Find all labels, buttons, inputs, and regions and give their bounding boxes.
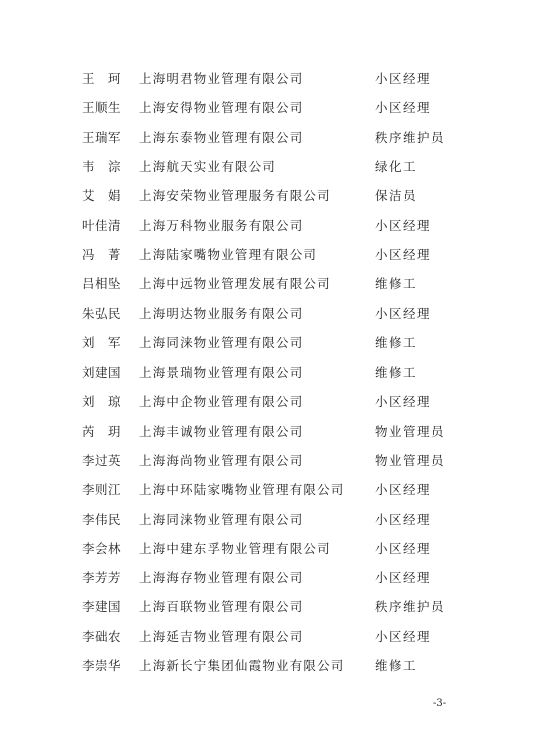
list-item: 叶佳清上海万科物业服务有限公司小区经理 [0,216,534,236]
list-item: 李崇华上海新长宁集团仙霞物业有限公司维修工 [0,656,534,676]
job-role: 小区经理 [375,392,431,412]
job-role: 维修工 [375,333,417,353]
job-role: 小区经理 [375,245,431,265]
job-role: 小区经理 [375,510,431,530]
list-item: 刘建国上海景瑞物业管理有限公司维修工 [0,363,534,383]
company-name: 上海中建东孚物业管理有限公司 [139,539,331,559]
company-name: 上海景瑞物业管理有限公司 [139,363,303,383]
company-name: 上海延吉物业管理有限公司 [139,627,303,647]
person-name: 韦 淙 [82,157,128,177]
job-role: 维修工 [375,363,417,383]
job-role: 小区经理 [375,98,431,118]
company-name: 上海安得物业管理有限公司 [139,98,303,118]
person-name: 李崇华 [82,656,128,676]
job-role: 物业管理员 [375,422,445,442]
list-item: 刘 军上海同涞物业管理有限公司维修工 [0,333,534,353]
person-name: 李芳芳 [82,568,128,588]
person-name: 王顺生 [82,98,128,118]
list-item: 李芳芳上海海存物业管理有限公司小区经理 [0,568,534,588]
list-item: 李过英上海海尚物业管理有限公司物业管理员 [0,451,534,471]
job-role: 秩序维护员 [375,597,445,617]
page-number: -3- [433,698,446,709]
list-item: 韦 淙上海航天实业有限公司绿化工 [0,157,534,177]
job-role: 小区经理 [375,69,431,89]
company-name: 上海同涞物业管理有限公司 [139,510,303,530]
person-name: 李会林 [82,539,128,559]
company-name: 上海百联物业管理有限公司 [139,597,303,617]
list-item: 李伟民上海同涞物业管理有限公司小区经理 [0,510,534,530]
person-name: 芮 玥 [82,422,128,442]
job-role: 绿化工 [375,157,417,177]
person-name: 吕相坠 [82,274,128,294]
list-item: 冯 菁上海陆家嘴物业管理有限公司小区经理 [0,245,534,265]
person-name: 刘建国 [82,363,128,383]
company-name: 上海航天实业有限公司 [139,157,276,177]
company-name: 上海明达物业服务有限公司 [139,304,303,324]
list-item: 李础农上海延吉物业管理有限公司小区经理 [0,627,534,647]
job-role: 小区经理 [375,480,431,500]
company-name: 上海万科物业服务有限公司 [139,216,303,236]
person-name: 刘 军 [82,333,128,353]
job-role: 小区经理 [375,304,431,324]
job-role: 维修工 [375,274,417,294]
person-name: 冯 菁 [82,245,128,265]
company-name: 上海陆家嘴物业管理有限公司 [139,245,317,265]
list-item: 吕相坠上海中远物业管理发展有限公司维修工 [0,274,534,294]
person-name: 刘 琼 [82,392,128,412]
person-name: 叶佳清 [82,216,128,236]
company-name: 上海中环陆家嘴物业管理有限公司 [139,480,345,500]
company-name: 上海安荣物业管理服务有限公司 [139,186,331,206]
company-name: 上海东泰物业管理有限公司 [139,128,303,148]
job-role: 小区经理 [375,216,431,236]
person-name: 朱弘民 [82,304,128,324]
list-item: 刘 琼上海中企物业管理有限公司小区经理 [0,392,534,412]
list-item: 李建国上海百联物业管理有限公司秩序维护员 [0,597,534,617]
list-item: 艾 娟上海安荣物业管理服务有限公司保洁员 [0,186,534,206]
job-role: 物业管理员 [375,451,445,471]
person-name: 王 珂 [82,69,128,89]
list-item: 王 珂上海明君物业管理有限公司小区经理 [0,69,534,89]
person-name: 李则江 [82,480,128,500]
company-name: 上海新长宁集团仙霞物业有限公司 [139,656,345,676]
company-name: 上海明君物业管理有限公司 [139,69,303,89]
job-role: 秩序维护员 [375,128,445,148]
list-item: 王顺生上海安得物业管理有限公司小区经理 [0,98,534,118]
person-name: 李过英 [82,451,128,471]
person-name: 李伟民 [82,510,128,530]
job-role: 小区经理 [375,568,431,588]
company-name: 上海海尚物业管理有限公司 [139,451,303,471]
person-name: 李建国 [82,597,128,617]
company-name: 上海中远物业管理发展有限公司 [139,274,331,294]
list-item: 芮 玥上海丰诚物业管理有限公司物业管理员 [0,422,534,442]
company-name: 上海海存物业管理有限公司 [139,568,303,588]
job-role: 保洁员 [375,186,417,206]
list-item: 李会林上海中建东孚物业管理有限公司小区经理 [0,539,534,559]
person-name: 王瑞军 [82,128,128,148]
company-name: 上海同涞物业管理有限公司 [139,333,303,353]
job-role: 小区经理 [375,627,431,647]
person-name: 艾 娟 [82,186,128,206]
job-role: 小区经理 [375,539,431,559]
company-name: 上海丰诚物业管理有限公司 [139,422,303,442]
list-item: 王瑞军上海东泰物业管理有限公司秩序维护员 [0,128,534,148]
list-item: 李则江上海中环陆家嘴物业管理有限公司小区经理 [0,480,534,500]
job-role: 维修工 [375,656,417,676]
list-item: 朱弘民上海明达物业服务有限公司小区经理 [0,304,534,324]
company-name: 上海中企物业管理有限公司 [139,392,303,412]
person-name: 李础农 [82,627,128,647]
